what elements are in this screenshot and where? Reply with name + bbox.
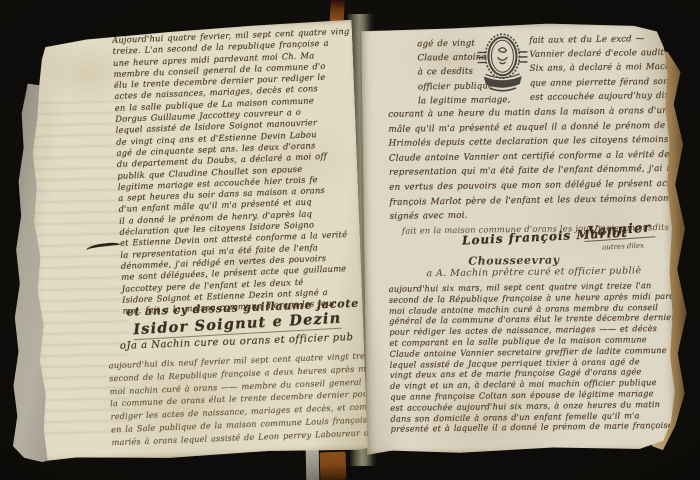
signature-annotation: autres dilex bbox=[602, 242, 644, 252]
photograph-background: { "scene": { "description_label": "open … bbox=[0, 0, 700, 480]
second-act-paragraph: aujourd'hui six mars, mil sept cent quat… bbox=[389, 280, 677, 435]
next-act-officiant-line: a A. Machin prêtre curé et officier publ… bbox=[426, 265, 641, 279]
second-act-paragraph: aujourd'hui dix neuf fevrier mil sept ce… bbox=[108, 348, 368, 449]
entry-header-left-fragments: agé de vingtClaude antoineà ce desditsof… bbox=[417, 36, 510, 108]
handwriting-line: présenté et à laquelle il a donné le pré… bbox=[391, 420, 677, 435]
birth-act-paragraph: Aujourd'hui quatre fevrier, mil sept cen… bbox=[112, 26, 360, 317]
entry-header-right-fragments: fait aux et du Le excd ⁓Vannier declaré … bbox=[529, 31, 677, 104]
birth-act-paragraph: courant à une heure du matin dans la mai… bbox=[388, 103, 677, 224]
left-page: Aujourd'hui quatre fevrier, mil sept cen… bbox=[20, 20, 368, 464]
binding-tie-bottom bbox=[320, 452, 347, 480]
handwriting-line: Claude antoine bbox=[417, 50, 510, 65]
binding-scrap-gray bbox=[306, 450, 320, 480]
handwriting-line: agé de vingt bbox=[417, 36, 510, 51]
handwriting-line: à ce desdits bbox=[418, 64, 511, 79]
handwriting-line: est accouchée aujourd'huy dix neuf du bbox=[530, 88, 677, 105]
signature-vannier: Vannier bbox=[583, 220, 655, 242]
handwriting-line: officier publique bbox=[418, 79, 511, 94]
right-page: agé de vingtClaude antoineà ce desditsof… bbox=[361, 22, 677, 456]
handwriting-line: Six ans, à declaré à moi Machin — bbox=[530, 60, 677, 77]
next-act-heading: Chousseevray bbox=[468, 253, 560, 267]
